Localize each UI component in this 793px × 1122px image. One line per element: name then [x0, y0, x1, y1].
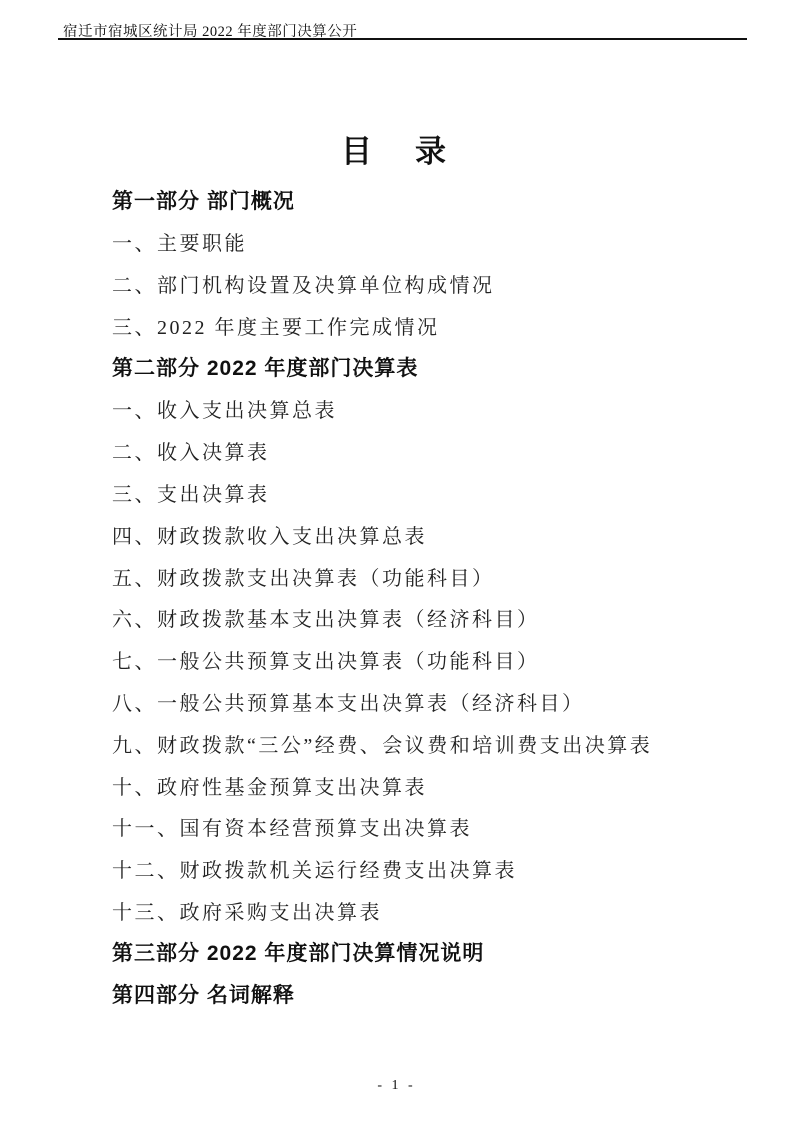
- toc-entry-text: 二、部门机构设置及决算单位构成情况: [112, 269, 495, 298]
- toc-entry: 六、财政拨款基本支出决算表（经济科目）: [112, 597, 732, 639]
- toc-entry-text: 第二部分 2022 年度部门决算表: [112, 352, 418, 382]
- toc-entry-text: 一、收入支出决算总表: [112, 394, 337, 423]
- toc-entry: 九、财政拨款“三公”经费、会议费和培训费支出决算表: [112, 722, 732, 764]
- toc-entry: 七、一般公共预算支出决算表（功能科目）: [112, 639, 732, 681]
- toc-entry: 三、支出决算表: [112, 472, 732, 514]
- toc-entry: 第一部分 部门概况: [112, 179, 732, 221]
- toc-entry: 第三部分 2022 年度部门决算情况说明: [112, 931, 732, 973]
- toc-entry-text: 十一、国有资本经营预算支出决算表: [112, 812, 472, 841]
- toc-entry-text: 三、2022 年度主要工作完成情况: [112, 311, 440, 340]
- toc-entry: 五、财政拨款支出决算表（功能科目）: [112, 555, 732, 597]
- toc-entry-text: 六、财政拨款基本支出决算表（经济科目）: [112, 603, 540, 632]
- toc-entry-text: 七、一般公共预算支出决算表（功能科目）: [112, 645, 540, 674]
- toc-entry-text: 十三、政府采购支出决算表: [112, 896, 382, 925]
- toc-entry-text: 第一部分 部门概况: [112, 185, 295, 215]
- toc-entry: 四、财政拨款收入支出决算总表: [112, 513, 732, 555]
- toc-entry: 第四部分 名词解释: [112, 973, 732, 1015]
- toc-entry: 十三、政府采购支出决算表: [112, 890, 732, 932]
- toc-entry-text: 五、财政拨款支出决算表（功能科目）: [112, 562, 495, 591]
- toc-entry: 十一、国有资本经营预算支出决算表: [112, 806, 732, 848]
- toc-entry: 二、收入决算表: [112, 430, 732, 472]
- toc-entry-text: 二、收入决算表: [112, 436, 270, 465]
- toc-entry: 三、2022 年度主要工作完成情况: [112, 304, 732, 346]
- toc-entry-text: 一、主要职能: [112, 227, 247, 256]
- toc-list: 第一部分 部门概况 一、主要职能 二、部门机构设置及决算单位构成情况 三、202…: [112, 179, 732, 1015]
- toc-entry-text: 十、政府性基金预算支出决算表: [112, 771, 427, 800]
- toc-entry-text: 第三部分 2022 年度部门决算情况说明: [112, 937, 484, 967]
- toc-entry: 二、部门机构设置及决算单位构成情况: [112, 263, 732, 305]
- document-title: 目 录: [0, 126, 793, 171]
- toc-entry-text: 四、财政拨款收入支出决算总表: [112, 520, 427, 549]
- toc-entry-text: 十二、财政拨款机关运行经费支出决算表: [112, 854, 517, 883]
- toc-entry-text: 三、支出决算表: [112, 478, 270, 507]
- toc-entry-text: 第四部分 名词解释: [112, 979, 295, 1009]
- toc-entry-text: 八、一般公共预算基本支出决算表（经济科目）: [112, 687, 585, 716]
- header-rule: [58, 38, 747, 40]
- toc-entry: 十二、财政拨款机关运行经费支出决算表: [112, 848, 732, 890]
- toc-entry: 一、主要职能: [112, 221, 732, 263]
- toc-entry: 一、收入支出决算总表: [112, 388, 732, 430]
- document-page: 宿迁市宿城区统计局 2022 年度部门决算公开 目 录 第一部分 部门概况 一、…: [0, 0, 793, 1122]
- toc-entry-text: 九、财政拨款“三公”经费、会议费和培训费支出决算表: [112, 729, 652, 758]
- page-number: - 1 -: [0, 1078, 793, 1094]
- toc-entry: 八、一般公共预算基本支出决算表（经济科目）: [112, 681, 732, 723]
- toc-entry: 第二部分 2022 年度部门决算表: [112, 346, 732, 388]
- toc-entry: 十、政府性基金预算支出决算表: [112, 764, 732, 806]
